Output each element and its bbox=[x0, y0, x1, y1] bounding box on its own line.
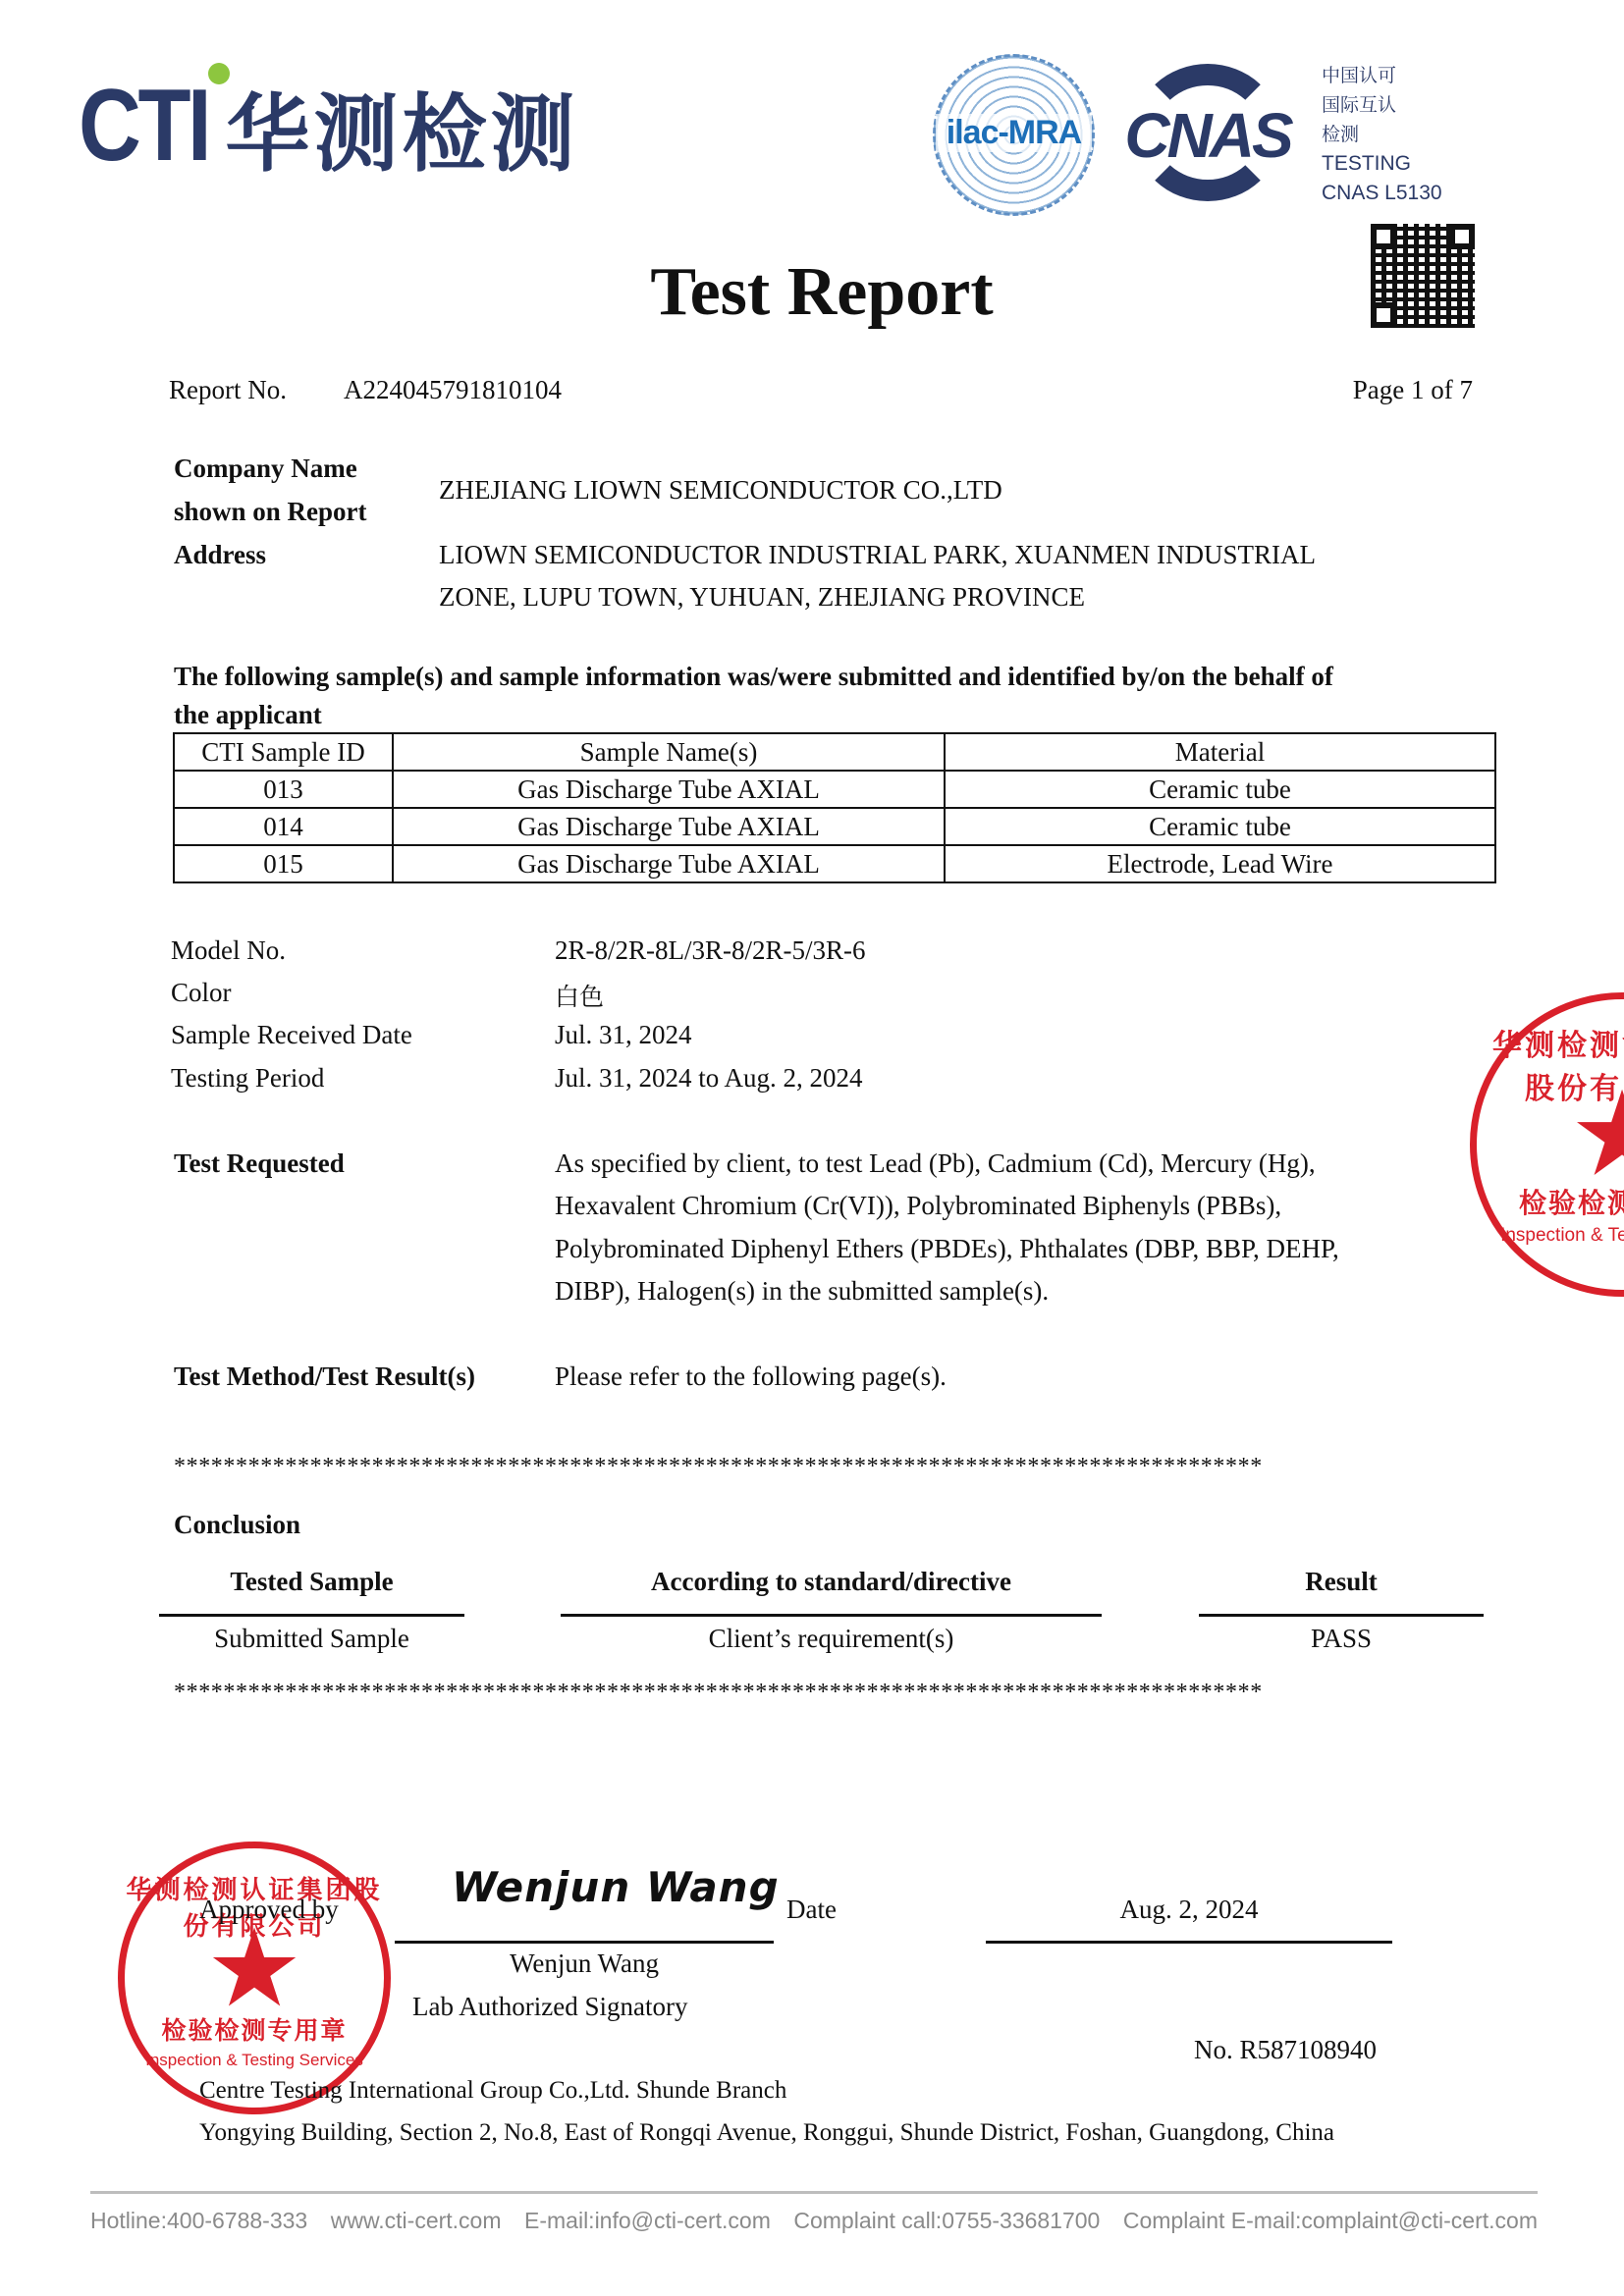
table-row: 015 Gas Discharge Tube AXIAL Electrode, … bbox=[174, 845, 1495, 882]
model-no-value: 2R-8/2R-8L/3R-8/2R-5/3R-6 bbox=[555, 935, 866, 966]
date-label: Date bbox=[786, 1895, 837, 1925]
accreditation-line: 国际互认 bbox=[1322, 90, 1442, 120]
page-indicator: Page 1 of 7 bbox=[1353, 375, 1473, 405]
footer-website-link[interactable]: www.cti-cert.com bbox=[331, 2208, 502, 2234]
cti-logo-chinese: 华测检测 bbox=[226, 92, 579, 177]
sample-id-cell: 013 bbox=[174, 771, 393, 808]
ilac-mra-logo: ilac-MRA bbox=[933, 54, 1095, 216]
stamp-seal-text: 检验检测专用章 bbox=[1477, 1182, 1624, 1221]
company-seal-stamp: 华测检测认证集团股份有限公司 ★ 检验检测专用章 Inspection & Te… bbox=[118, 1842, 391, 2114]
divider bbox=[1199, 1614, 1484, 1617]
date-line bbox=[986, 1941, 1392, 1944]
footer: Hotline:400-6788-333 www.cti-cert.com E-… bbox=[90, 2208, 1538, 2234]
column-header: CTI Sample ID bbox=[174, 733, 393, 771]
signatory-name: Wenjun Wang bbox=[395, 1949, 774, 1979]
accreditation-line: 检测 bbox=[1322, 120, 1442, 149]
testing-period-label: Testing Period bbox=[171, 1063, 324, 1094]
stamp-seal-text: 检验检测专用章 bbox=[125, 2011, 384, 2047]
cnas-logo: CNAS bbox=[1119, 64, 1296, 201]
test-method-label: Test Method/Test Result(s) bbox=[174, 1362, 475, 1392]
standard-header: According to standard/directive bbox=[561, 1567, 1102, 1597]
stamp-seal-english: Inspection & Testing Services bbox=[125, 2051, 384, 2070]
address-line-1: LIOWN SEMICONDUCTOR INDUSTRIAL PARK, XUA… bbox=[439, 540, 1316, 570]
branch-name: Centre Testing International Group Co.,L… bbox=[199, 2077, 786, 2105]
stamp-seal-english: Inspection & Testing Services bbox=[1477, 1225, 1624, 1247]
received-date-label: Sample Received Date bbox=[171, 1020, 412, 1050]
star-icon: ★ bbox=[206, 1915, 303, 2023]
signature-line bbox=[395, 1941, 774, 1944]
approved-by-label: Approved by bbox=[199, 1895, 339, 1925]
cti-logo: CTI 华测检测 bbox=[79, 69, 579, 177]
footer-divider bbox=[90, 2191, 1538, 2194]
column-header: Sample Name(s) bbox=[393, 733, 945, 771]
footer-email-link[interactable]: E-mail:info@cti-cert.com bbox=[524, 2208, 771, 2234]
sample-name-cell: Gas Discharge Tube AXIAL bbox=[393, 845, 945, 882]
sample-id-cell: 015 bbox=[174, 845, 393, 882]
material-cell: Ceramic tube bbox=[945, 808, 1495, 845]
table-header-row: CTI Sample ID Sample Name(s) Material bbox=[174, 733, 1495, 771]
footer-complaint-email-link[interactable]: Complaint E-mail:complaint@cti-cert.com bbox=[1123, 2208, 1538, 2234]
testing-period-value: Jul. 31, 2024 to Aug. 2, 2024 bbox=[555, 1063, 863, 1094]
separator-bottom: ****************************************… bbox=[174, 1680, 1263, 1706]
samples-table: CTI Sample ID Sample Name(s) Material 01… bbox=[173, 732, 1496, 883]
date-value: Aug. 2, 2024 bbox=[986, 1895, 1392, 1925]
result-header: Result bbox=[1199, 1567, 1484, 1597]
color-value: 白色 bbox=[555, 978, 604, 1013]
samples-intro-2: the applicant bbox=[174, 700, 322, 730]
separator-top: ****************************************… bbox=[174, 1454, 1263, 1480]
conclusion-title: Conclusion bbox=[174, 1510, 300, 1540]
report-no-label: Report No. bbox=[169, 375, 287, 405]
accreditation-line: TESTING bbox=[1322, 149, 1442, 179]
signatory-role: Lab Authorized Signatory bbox=[412, 1992, 687, 2022]
page-title: Test Report bbox=[0, 253, 1624, 332]
accreditation-line: 中国认可 bbox=[1322, 61, 1442, 90]
divider bbox=[159, 1614, 464, 1617]
column-header: Material bbox=[945, 733, 1495, 771]
company-name-value: ZHEJIANG LIOWN SEMICONDUCTOR CO.,LTD bbox=[439, 475, 1002, 506]
company-name-label-2: shown on Report bbox=[174, 497, 367, 527]
test-requested-line: Polybrominated Diphenyl Ethers (PBDEs), … bbox=[555, 1234, 1339, 1264]
sample-name-cell: Gas Discharge Tube AXIAL bbox=[393, 808, 945, 845]
samples-intro: The following sample(s) and sample infor… bbox=[174, 662, 1333, 692]
star-icon: ★ bbox=[1569, 1076, 1624, 1194]
ilac-mra-label: ilac-MRA bbox=[936, 114, 1092, 152]
sample-name-cell: Gas Discharge Tube AXIAL bbox=[393, 771, 945, 808]
report-no-value: A224045791810104 bbox=[344, 375, 562, 405]
cnas-label: CNAS bbox=[1119, 99, 1296, 172]
standard-value: Client’s requirement(s) bbox=[561, 1624, 1102, 1654]
sample-id-cell: 014 bbox=[174, 808, 393, 845]
test-requested-line: Hexavalent Chromium (Cr(VI)), Polybromin… bbox=[555, 1191, 1281, 1221]
footer-complaint-call: Complaint call:0755-33681700 bbox=[793, 2208, 1100, 2234]
table-row: 013 Gas Discharge Tube AXIAL Ceramic tub… bbox=[174, 771, 1495, 808]
signature: Wenjun Wang bbox=[452, 1863, 780, 1911]
color-label: Color bbox=[171, 978, 232, 1008]
cti-logo-latin: CTI bbox=[79, 75, 208, 177]
address-label: Address bbox=[174, 540, 266, 570]
result-value: PASS bbox=[1199, 1624, 1484, 1654]
divider bbox=[561, 1614, 1102, 1617]
tested-sample-value: Submitted Sample bbox=[159, 1624, 464, 1654]
logo-green-dot-icon bbox=[208, 63, 230, 84]
model-no-label: Model No. bbox=[171, 935, 286, 966]
certificate-number: No. R587108940 bbox=[1194, 2035, 1377, 2065]
material-cell: Ceramic tube bbox=[945, 771, 1495, 808]
accreditation-text: 中国认可 国际互认 检测 TESTING CNAS L5130 bbox=[1322, 61, 1442, 208]
company-name-label: Company Name bbox=[174, 454, 357, 484]
address-line-2: ZONE, LUPU TOWN, YUHUAN, ZHEJIANG PROVIN… bbox=[439, 582, 1085, 613]
received-date-value: Jul. 31, 2024 bbox=[555, 1020, 692, 1050]
accreditation-line: CNAS L5130 bbox=[1322, 179, 1442, 208]
material-cell: Electrode, Lead Wire bbox=[945, 845, 1495, 882]
test-method-value: Please refer to the following page(s). bbox=[555, 1362, 947, 1392]
footer-hotline: Hotline:400-6788-333 bbox=[90, 2208, 307, 2234]
company-seal-stamp-right: 华测检测认证集团股份有限公司 ★ 检验检测专用章 Inspection & Te… bbox=[1470, 992, 1624, 1297]
branch-address: Yongying Building, Section 2, No.8, East… bbox=[199, 2119, 1334, 2147]
test-requested-line: As specified by client, to test Lead (Pb… bbox=[555, 1148, 1316, 1179]
test-requested-line: DIBP), Halogen(s) in the submitted sampl… bbox=[555, 1276, 1049, 1307]
test-requested-label: Test Requested bbox=[174, 1148, 345, 1179]
table-row: 014 Gas Discharge Tube AXIAL Ceramic tub… bbox=[174, 808, 1495, 845]
tested-sample-header: Tested Sample bbox=[159, 1567, 464, 1597]
